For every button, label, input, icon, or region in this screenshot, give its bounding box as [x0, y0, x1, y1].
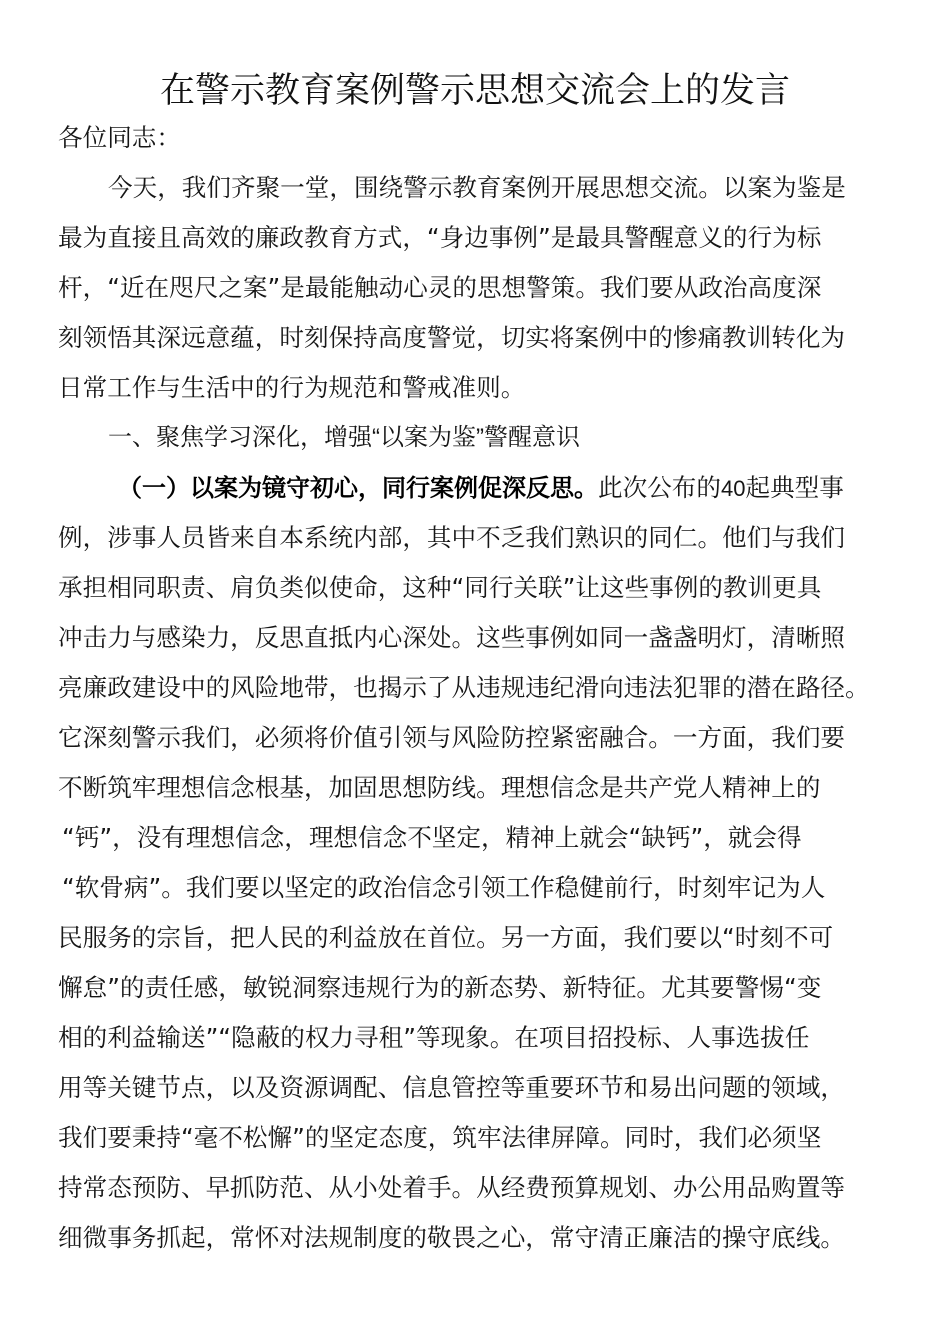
document-title: 在警示教育案例警示思想交流会上的发言 [0, 68, 950, 114]
subsection-text-cont: 起典型事 [745, 473, 843, 502]
document-page: 在警示教育案例警示思想交流会上的发言 各位同志： 今天，我们齐聚一堂，围绕警示教… [0, 0, 950, 1344]
body-line-5: 它深刻警示我们，必须将价值引领与风险防控紧密融合。一方面，我们要 [58, 721, 845, 755]
subsection-title: （一）以案为镜守初心，同行案例促深反思。 [118, 475, 598, 502]
subsection-text: 此次公布的 [598, 473, 721, 502]
intro-line-4: 刻领悟其深远意蕴，时刻保持高度警觉，切实将案例中的惨痛教训转化为 [58, 321, 845, 355]
body-line-9: 民服务的宗旨，把人民的利益放在首位。另一方面，我们要以“时刻不可 [58, 921, 833, 955]
body-line-3: 冲击力与感染力，反思直抵内心深处。这些事例如同一盏盏明灯，清晰照 [58, 621, 845, 655]
body-line-6: 不断筑牢理想信念根基，加固思想防线。理想信念是共产党人精神上的 [58, 771, 820, 805]
body-line-10: 懈怠”的责任感，敏锐洞察违规行为的新态势、新特征。尤其要警惕“变 [58, 971, 821, 1005]
body-line-15: 细微事务抓起，常怀对法规制度的敬畏之心，常守清正廉洁的操守底线。 [58, 1221, 845, 1255]
body-line-7: “钙”，没有理想信念，理想信念不坚定，精神上就会“缺钙”，就会得 [62, 821, 802, 855]
section-heading: 一、聚焦学习深化，增强“以案为鉴”警醒意识 [108, 421, 580, 455]
intro-line-5: 日常工作与生活中的行为规范和警戒准则。 [58, 371, 525, 405]
body-line-14: 持常态预防、早抓防范、从小处着手。从经费预算规划、办公用品购置等 [58, 1171, 845, 1205]
intro-line-1: 今天，我们齐聚一堂，围绕警示教育案例开展思想交流。以案为鉴是 [108, 171, 846, 205]
intro-line-3: 杆，“近在咫尺之案”是最能触动心灵的思想警策。我们要从政治高度深 [58, 271, 821, 305]
body-line-4: 亮廉政建设中的风险地带，也揭示了从违规违纪滑向违法犯罪的潜在路径。 [58, 671, 870, 705]
intro-line-2: 最为直接且高效的廉政教育方式，“身边事例”是最具警醒意义的行为标 [58, 221, 821, 255]
greeting: 各位同志： [58, 121, 181, 155]
body-line-2: 承担相同职责、肩负类似使命，这种“同行关联”让这些事例的教训更具 [58, 571, 821, 605]
body-line-12: 用等关键节点，以及资源调配、信息管控等重要环节和易出问题的领域， [58, 1071, 845, 1105]
body-line-11: 相的利益输送”“隐蔽的权力寻租”等现象。在项目招投标、人事选拔任 [58, 1021, 809, 1055]
subsection-lead-line: （一）以案为镜守初心，同行案例促深反思。此次公布的40起典型事 [118, 471, 844, 505]
body-line-8: “软骨病”。我们要以坚定的政治信念引领工作稳健前行，时刻牢记为人 [62, 871, 825, 905]
body-line-13: 我们要秉持“毫不松懈”的坚定态度，筑牢法律屏障。同时，我们必须坚 [58, 1121, 821, 1155]
case-count: 40 [721, 476, 745, 501]
body-line-1: 例，涉事人员皆来自本系统内部，其中不乏我们熟识的同仁。他们与我们 [58, 521, 845, 555]
